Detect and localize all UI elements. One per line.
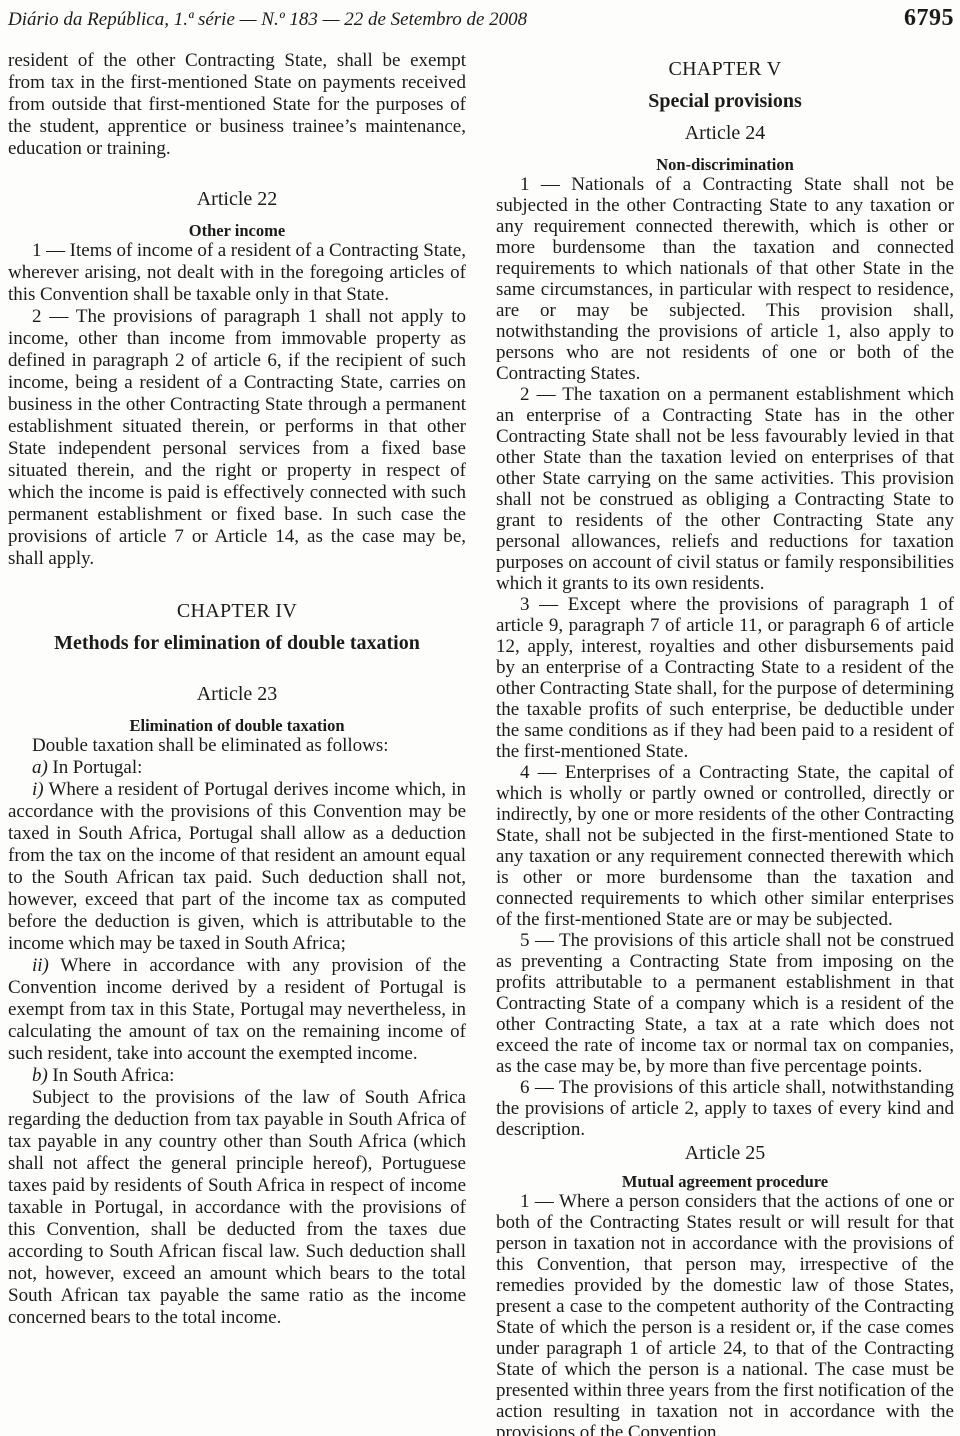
journal-title: Diário da República, 1.ª série — N.º 183…: [8, 9, 527, 31]
left-column: resident of the other Contracting State,…: [8, 50, 466, 1436]
article-24-subtitle: Non-discrimination: [496, 155, 954, 174]
item-a-text: In Portugal:: [48, 757, 143, 778]
article-22-paragraph-1: 1 — Items of income of a resident of a C…: [8, 240, 466, 306]
article-24-paragraph-6: 6 — The provisions of this article shall…: [496, 1077, 954, 1140]
chapter-4-subtitle: Methods for elimination of double taxati…: [8, 632, 466, 655]
chapter-4-title: CHAPTER IV: [8, 600, 466, 622]
article-23-subtitle: Elimination of double taxation: [8, 716, 466, 735]
article-24-paragraph-2: 2 — The taxation on a permanent establis…: [496, 384, 954, 594]
item-b-paragraph: Subject to the provisions of the law of …: [8, 1087, 466, 1329]
article-23-intro: Double taxation shall be eliminated as f…: [8, 735, 466, 757]
article-25-subtitle: Mutual agreement procedure: [496, 1172, 954, 1191]
continuation-paragraph: resident of the other Contracting State,…: [8, 50, 466, 160]
right-column: CHAPTER V Special provisions Article 24 …: [496, 50, 954, 1436]
article-24-title: Article 24: [496, 122, 954, 144]
item-i-text: Where a resident of Portugal derives inc…: [8, 779, 466, 954]
page-number: 6795: [904, 6, 954, 30]
article-24-paragraph-5: 5 — The provisions of this article shall…: [496, 930, 954, 1077]
list-item-a: a) In Portugal:: [8, 757, 466, 779]
chapter-5-title: CHAPTER V: [496, 58, 954, 80]
article-23-title: Article 23: [8, 683, 466, 705]
article-22-title: Article 22: [8, 188, 466, 210]
item-b-text: In South Africa:: [48, 1065, 175, 1086]
article-22-subtitle: Other income: [8, 221, 466, 240]
article-25-paragraph-1: 1 — Where a person considers that the ac…: [496, 1191, 954, 1436]
two-column-layout: resident of the other Contracting State,…: [8, 50, 954, 1436]
article-25-title: Article 25: [496, 1142, 954, 1164]
article-22-paragraph-2: 2 — The provisions of paragraph 1 shall …: [8, 306, 466, 570]
list-item-b: b) In South Africa:: [8, 1065, 466, 1087]
chapter-5-subtitle: Special provisions: [496, 90, 954, 113]
item-i-marker: i): [32, 779, 44, 800]
list-item-i: i) Where a resident of Portugal derives …: [8, 779, 466, 955]
article-24-paragraph-1: 1 — Nationals of a Contracting State sha…: [496, 174, 954, 384]
item-ii-text: Where in accordance with any provision o…: [8, 955, 466, 1064]
list-item-ii: ii) Where in accordance with any provisi…: [8, 955, 466, 1065]
item-b-marker: b): [32, 1065, 48, 1086]
document-page: Diário da República, 1.ª série — N.º 183…: [0, 0, 960, 1436]
article-24-paragraph-3: 3 — Except where the provisions of parag…: [496, 594, 954, 762]
item-ii-marker: ii): [32, 955, 49, 976]
article-24-paragraph-4: 4 — Enterprises of a Contracting State, …: [496, 762, 954, 930]
page-header: Diário da República, 1.ª série — N.º 183…: [8, 6, 954, 31]
item-a-marker: a): [32, 757, 48, 778]
